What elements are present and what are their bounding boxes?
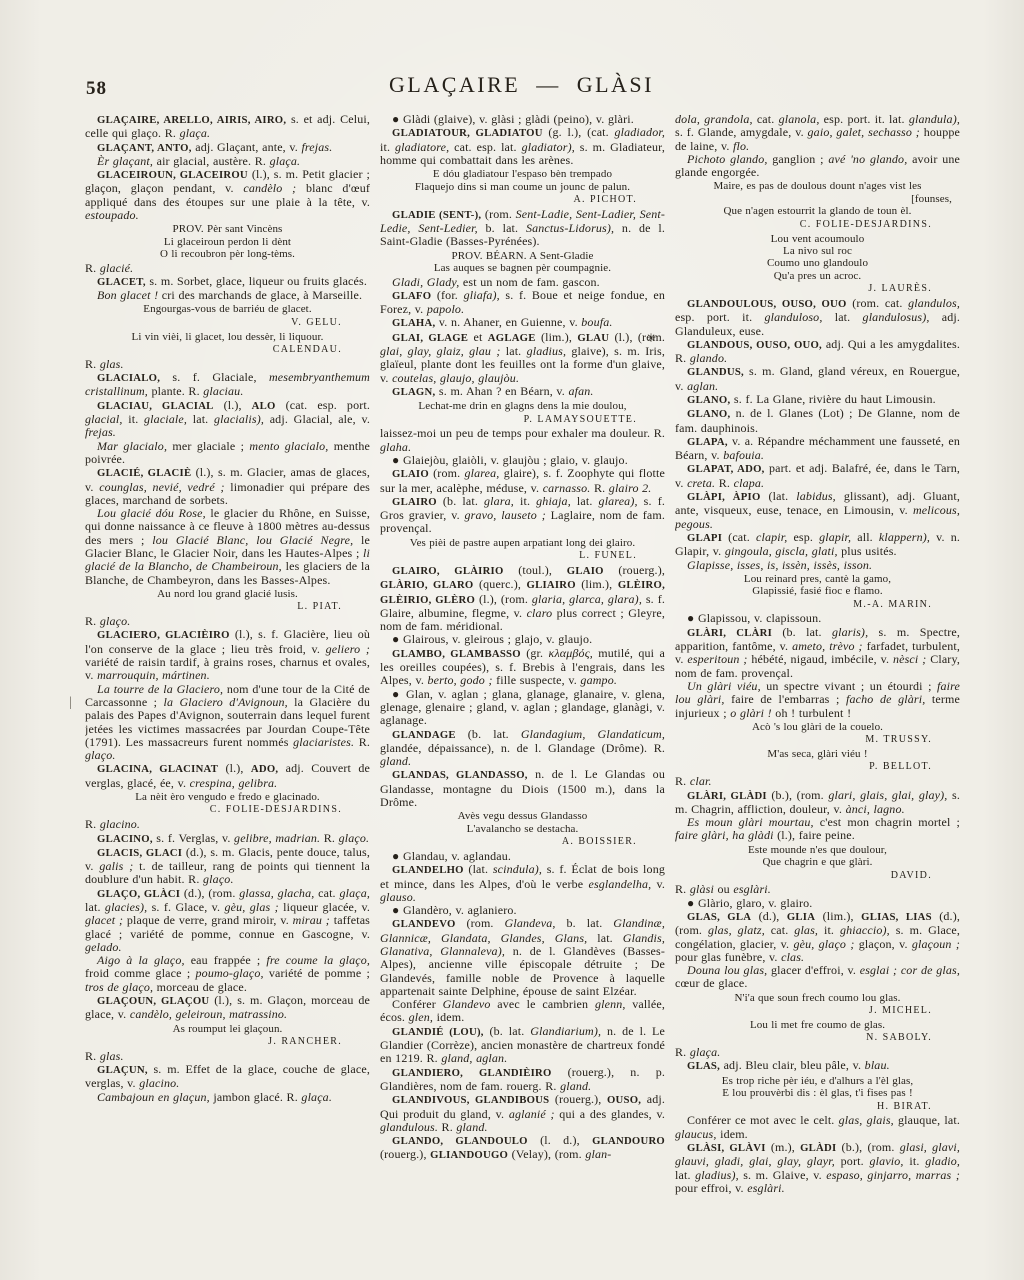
text-run: glandulous. <box>380 1120 438 1134</box>
text-run: pour glas funèbre, v. <box>675 950 781 964</box>
text-run: (g. l.), (cat. <box>543 125 615 139</box>
text-run: gelado. <box>85 940 122 954</box>
text-run: lat. <box>675 1168 695 1182</box>
text-run: qui a des glandes, v. <box>555 1107 665 1121</box>
verse-line: M'as seca, glàri viéu ! <box>675 748 960 760</box>
headword: GLAGN, <box>392 386 435 398</box>
headword: GLAI, GLAGE <box>392 332 468 344</box>
text-run: it. <box>904 1154 926 1168</box>
text-run: gampo. <box>580 673 617 687</box>
entry-paragraph: GLACIERO, GLACIÈIRO (l.), s. f. Glacière… <box>85 628 370 682</box>
headword: GLÀPI, ÀPIO <box>687 491 761 503</box>
headword: GLAMBO, GLAMBASSO <box>392 648 521 660</box>
text-run: clapa. <box>734 476 765 490</box>
verse-line: N'i'a que soun frech coumo lou glas. <box>675 992 960 1004</box>
text-run: ● Glan, v. aglan ; glana, glanage, glana… <box>380 687 665 728</box>
verse-line: Qu'a pres un acroc. <box>675 270 960 282</box>
verse-quote: E dóu gladiatour l'espaso bèn trempadoFl… <box>380 168 665 193</box>
text-run: glaça. <box>301 1090 332 1104</box>
text-run: lat. <box>571 494 599 508</box>
verse-line: L'avalancho se destacha. <box>380 823 665 835</box>
verse-line: O li recoubron pèr long-tèms. <box>85 248 370 260</box>
text-run: (rom. <box>481 207 515 221</box>
text-run: cat. <box>314 886 339 900</box>
text-run: v. n. Ahaner, en Guienne, v. <box>435 315 581 329</box>
text-run: (rouerg.), <box>380 1147 430 1161</box>
text-run: cri des marchands de glace, à Marseille. <box>158 288 362 302</box>
text-run: glacino. <box>100 817 140 831</box>
entry-paragraph: Mar glacialo, mer glaciale ; mento glaci… <box>85 440 370 467</box>
text-run: gladiatore, <box>395 140 449 154</box>
text-run: esglàri. <box>747 1181 785 1195</box>
text-run: glas, glais, <box>839 1113 894 1127</box>
entry-paragraph: GLANDEVO (rom. Glandeva, b. lat. Glandin… <box>380 917 665 998</box>
text-run: glara, <box>484 494 514 508</box>
entry-paragraph: GLAPA, v. a. Répandre méchamment une fau… <box>675 435 960 463</box>
text-run: s. m. Sorbet, glace, liqueur ou fruits g… <box>146 274 367 288</box>
text-run: gelibre, madrian. <box>234 831 320 845</box>
text-run: marrouquin, mártinen. <box>97 668 210 682</box>
headword: GLACIS, GLACI <box>97 847 182 859</box>
text-run: ameto, trèvo ; <box>792 639 863 653</box>
headword: GLAÇOUN, GLAÇOU <box>97 995 209 1007</box>
headword: GLANDIVOUS, GLANDIBOUS <box>392 1094 549 1106</box>
text-run: counglas, nevié, vedré ; <box>99 480 224 494</box>
text-run: glandulos, <box>908 296 960 310</box>
verse-quote: Acò 's lou glàri de la couelo. <box>675 721 960 733</box>
text-run: ● Glàdi (glaive), v. glàsi ; glàdi (pein… <box>392 113 634 126</box>
entry-paragraph: GLANDUS, s. m. Gland, gland véreux, en R… <box>675 365 960 393</box>
headword: GLAFO <box>392 290 431 302</box>
headword: GLIA <box>787 911 815 923</box>
text-run: (b. lat. <box>437 494 484 508</box>
headword: GLANDAGE <box>392 729 456 741</box>
verse-line: Acò 's lou glàri de la couelo. <box>675 721 960 733</box>
entry-paragraph: GLANDOUS, OUSO, OUO, adj. Qui a les amyg… <box>675 338 960 366</box>
text-run: glàsi <box>690 882 714 896</box>
verse-line: Maire, es pas de doulous dount n'ages vi… <box>675 180 960 192</box>
text-run: aglan. <box>687 379 718 393</box>
headword: GLAHA, <box>392 317 435 329</box>
verse-quote: As roumput lei glaçoun. <box>85 1023 370 1035</box>
headword: OUSO, <box>607 1094 641 1106</box>
margin-stray-mark: | <box>69 695 72 711</box>
text-run: eau frappée ; <box>185 953 267 967</box>
text-run: (lat. <box>761 489 797 503</box>
entry-paragraph: GLAS, GLA (d.), GLIA (lim.), GLIAS, LIAS… <box>675 910 960 964</box>
headword: GLANDIÉ (LOU), <box>392 1026 484 1038</box>
text-run: b. lat. <box>556 916 614 930</box>
text-run: R. <box>320 831 338 845</box>
text-run: lat. <box>85 900 105 914</box>
text-run: glauque, lat. <box>894 1113 960 1127</box>
text-run: glauso. <box>380 890 416 904</box>
text-run: glaçoun ; <box>912 937 960 951</box>
attribution: V. GELU. <box>85 317 370 329</box>
continuation-paragraph: R. glas. <box>85 358 370 371</box>
verse-line: Au nord lou grand glacié lusis. <box>85 588 370 600</box>
verse-line: Avès vegu dessus Glandasso <box>380 810 665 822</box>
headword: GLAÇO, GLÀCI <box>97 888 180 900</box>
entry-paragraph: Pichoto glando, ganglion ; avé 'no gland… <box>675 153 960 180</box>
entry-paragraph: GLADIE (SENT-), (rom. Sent-Ladie, Sent-L… <box>380 208 665 249</box>
entry-paragraph: Aigo à la glaço, eau frappée ; fre coume… <box>85 954 370 994</box>
entry-paragraph: ● Glandau, v. aglandau. <box>380 850 665 863</box>
text-run: ganglion ; <box>768 152 829 166</box>
headword: GLADIATOUR, GLADIATOU <box>392 127 543 139</box>
verse-quote: N'i'a que soun frech coumo lou glas. <box>675 992 960 1004</box>
text-run: esglandelha, <box>588 877 651 891</box>
verse-line: Flaquejo dins si man coume un jounc de p… <box>380 181 665 193</box>
entry-paragraph: GLAÇO, GLÀCI (d.), (rom. glassa, glacha,… <box>85 887 370 954</box>
entry-paragraph: ● Glàrio, glaro, v. glairo. <box>675 897 960 910</box>
text-run: glacial, <box>85 412 123 426</box>
text-run: s. f. Glande, amygdale, v. <box>675 125 808 139</box>
text-run: Conférer <box>392 997 443 1011</box>
text-run: (lim.), <box>815 909 861 923</box>
text-run: b. lat. <box>478 221 526 235</box>
attribution: A. BOISSIER. <box>380 836 665 848</box>
headword: GLÀSI, GLÀVI <box>687 1142 766 1154</box>
text-run: (rom. cat. <box>847 296 909 310</box>
text-run: glas, <box>794 923 818 937</box>
text-run: gland. <box>456 1120 487 1134</box>
headword: GLANDAS, GLANDASSO, <box>392 769 528 781</box>
verse-quote: Li vin vièi, li glacet, lou dessèr, li l… <box>85 331 370 343</box>
entry-paragraph: GLÀRI, GLÀDI (b.), (rom. glari, glais, g… <box>675 789 960 817</box>
text-run: scindula), <box>493 862 542 876</box>
text-run: afan. <box>568 384 593 398</box>
text-run: ● Glairous, v. gleirous ; glajo, v. glau… <box>392 632 592 646</box>
text-run: R. <box>85 1049 100 1063</box>
text-run: R. <box>715 476 733 490</box>
text-run: v. <box>651 877 665 891</box>
attribution: H. BIRAT. <box>675 1101 960 1113</box>
entry-paragraph: ● Glaiejòu, glaiòli, v. glaujòu ; glaio,… <box>380 454 665 467</box>
text-run: glanduloso, <box>764 310 822 324</box>
attribution: J. MICHEL. <box>675 1005 960 1017</box>
headword: GLACIAU, GLACIAL <box>97 400 214 412</box>
text-run: glen, <box>409 1010 433 1024</box>
verse-quote: La nèit èro vengudo e fredo e glacinado. <box>85 791 370 803</box>
text-run: ● Glapissou, v. clapissoun. <box>687 611 821 625</box>
text-run: Glapisse, isses, is, issèn, issès, isson… <box>687 558 872 572</box>
text-run: claro <box>527 606 553 620</box>
text-run: glaha. <box>380 440 411 454</box>
entry-paragraph: Lou glacié dóu Rose, le glacier du Rhône… <box>85 507 370 587</box>
entry-paragraph: Conférer Glandevo avec le cambrien glenn… <box>380 998 665 1025</box>
text-run: glaça. <box>270 154 301 168</box>
verse-quote: Au nord lou grand glacié lusis. <box>85 588 370 600</box>
verse-line: Ves pièi de pastre aupen arpatiant long … <box>380 537 665 549</box>
verse-line: [founses, <box>675 193 960 205</box>
verse-quote: Engourgas-vous de barriéu de glacet. <box>85 303 370 315</box>
text-run: plante. R. <box>148 384 203 398</box>
headword: GLANDOULOUS, OUSO, OUO <box>687 298 847 310</box>
text-run: faire de l'embarras ; <box>725 692 846 706</box>
text-run: idem. <box>717 1127 748 1141</box>
entry-paragraph: GLÀSI, GLÀVI (m.), GLÀDI (b.), (rom. gla… <box>675 1141 960 1195</box>
text-run: glandée, dépaissance), n. de l. Glandage… <box>380 741 665 755</box>
headword: GLÀRIO, GLARO <box>380 579 474 591</box>
text-run: cœur de glace. <box>675 976 748 990</box>
entry-paragraph: Glapisse, isses, is, issèn, issès, isson… <box>675 559 960 572</box>
continuation-paragraph: R. clar. <box>675 775 960 788</box>
scanned-dictionary-page: 58 GLAÇAIRE — GLÀSI ✳ | GLAÇAIRE, ARELLO… <box>0 0 1024 1280</box>
attribution: C. FOLIE-DESJARDINS. <box>85 804 370 816</box>
text-run: (d.), <box>751 909 787 923</box>
text-run: glarea, <box>465 466 500 480</box>
entry-paragraph: GLAGN, s. m. Ahan ? en Béarn, v. afan. <box>380 385 665 399</box>
headword: GLAIRO, GLÀIRIO <box>392 565 504 577</box>
text-run: glan- <box>585 1147 611 1161</box>
continuation-paragraph: laissez-moi un peu de temps pour exhaler… <box>380 427 665 454</box>
continuation-paragraph: dola, grandola, cat. glanola, esp. port.… <box>675 113 960 153</box>
text-run: s. f. Glace, v. <box>147 900 224 914</box>
headword: GLIAS, LIAS <box>861 911 932 923</box>
text-run: (b.), (rom. <box>836 1140 899 1154</box>
entry-paragraph: ● Glàdi (glaive), v. glàsi ; glàdi (pein… <box>380 113 665 126</box>
text-run: esglai ; <box>860 963 897 977</box>
attribution: P. LAMAYSOUETTE. <box>380 414 665 426</box>
text-run: o glàri ! <box>730 706 771 720</box>
text-run: jambon glacé. R. <box>210 1090 302 1104</box>
entry-paragraph: GLANDOULOUS, OUSO, OUO (rom. cat. glandu… <box>675 297 960 338</box>
text-run: s. f. Verglas, v. <box>153 831 234 845</box>
entry-paragraph: GLAIRO (b. lat. glara, it. ghiaja, lat. … <box>380 495 665 536</box>
text-run: labidus, <box>796 489 836 503</box>
verse-line: As roumput lei glaçoun. <box>85 1023 370 1035</box>
text-run: Douna lou glas, <box>687 963 767 977</box>
text-run: c'est mon chagrin mortel ; <box>814 815 960 829</box>
text-run: (l.), <box>214 398 252 412</box>
text-run: Mar glacialo, <box>97 439 167 453</box>
text-run: avec le cambrien <box>490 997 594 1011</box>
text-run: candèlo ; <box>243 181 296 195</box>
text-run: gèu, glas ; <box>225 900 279 914</box>
text-run: port. <box>835 1154 870 1168</box>
headword: GLANDIERO, GLANDIÈIRO <box>392 1067 552 1079</box>
text-run: bafouia. <box>723 448 764 462</box>
text-run: R. <box>354 735 370 749</box>
text-run: R. <box>85 817 100 831</box>
text-run: gravo, lauseto ; <box>465 508 546 522</box>
text-run: ● Glaiejòu, glaiòli, v. glaujòu ; glaio,… <box>392 453 628 467</box>
text-run: glacies), <box>105 900 147 914</box>
text-run: gladio, <box>925 1154 960 1168</box>
verse-quote: Lechat-me drin en glagns dens la mie dou… <box>380 400 665 412</box>
verse-line: La nivo sul roc <box>675 245 960 257</box>
text-run: Glandiarium), <box>530 1024 601 1038</box>
verse-line: PROV. BÉARN. A Sent-Gladie <box>380 250 665 262</box>
text-run: crespina, gelibra. <box>190 776 278 790</box>
entry-paragraph: GLAÇAIRE, ARELLO, AIRIS, AIRO, s. et adj… <box>85 113 370 141</box>
text-run: Aigo à la glaço, <box>97 953 185 967</box>
text-run: papolo. <box>427 302 464 316</box>
entry-paragraph: Gladi, Glady, est un nom de fam. gascon. <box>380 276 665 289</box>
text-run: glaciau. <box>203 384 243 398</box>
verse-line: Es trop riche pèr iéu, e d'alhurs a l'èl… <box>675 1075 960 1087</box>
headword: GLACEIROUN, GLACEIROU <box>97 169 248 181</box>
text-run: (querc.), <box>474 577 527 591</box>
entry-paragraph: ● Glairous, v. gleirous ; glajo, v. glau… <box>380 633 665 646</box>
text-run: R. <box>590 481 608 495</box>
text-run: ghiaja, <box>536 494 571 508</box>
text-run: air glacial, austère. R. <box>153 154 270 168</box>
text-run: (cat. esp. port. <box>276 398 370 412</box>
text-run: facho de glàri, <box>846 692 925 706</box>
text-run: (l.), faire peine. <box>774 828 855 842</box>
headword: GLÀDI <box>800 1142 836 1154</box>
entry-paragraph: GLANDO, GLANDOULO (l. d.), GLANDOURO (ro… <box>380 1134 665 1163</box>
attribution: J. RANCHER. <box>85 1036 370 1048</box>
text-run: blau. <box>865 1058 890 1072</box>
text-run: (l.), <box>218 761 251 775</box>
text-run: Un glàri viéu, <box>687 679 761 693</box>
text-run: it. <box>514 494 536 508</box>
text-run: ● Glandau, v. aglandau. <box>392 849 511 863</box>
headword: GLACIÉ, GLACIÈ <box>97 467 191 479</box>
continuation-paragraph: R. glaço. <box>85 615 370 628</box>
column-right: dola, grandola, cat. glanola, esp. port.… <box>675 113 960 1263</box>
entry-paragraph: GLÀPI, ÀPIO (lat. labidus, glissant), ad… <box>675 490 960 531</box>
text-run: glavio, <box>870 1154 904 1168</box>
text-run: geliero ; <box>326 642 370 656</box>
attribution: C. FOLIE-DESJARDINS. <box>675 219 960 231</box>
text-run: aglanié ; <box>509 1107 555 1121</box>
text-run: tros de glaço, <box>85 980 153 994</box>
entry-paragraph: Un glàri viéu, un spectre vivant ; un ét… <box>675 680 960 720</box>
text-run: mer glaciale ; <box>167 439 249 453</box>
verse-quote: Maire, es pas de doulous dount n'ages vi… <box>675 180 960 217</box>
verse-line: Lechat-me drin en glagns dens la mie dou… <box>380 400 665 412</box>
verse-quote: Lou vent acoumouloLa nivo sul rocCoumo u… <box>675 233 960 283</box>
verse-line: Este mounde n'es que doulour, <box>675 844 960 856</box>
entry-paragraph: Es moun glàri mourtau, c'est mon chagrin… <box>675 816 960 843</box>
entry-paragraph: GLANDAS, GLANDASSO, n. de l. Le Glandas … <box>380 768 665 809</box>
text-run: (cat. <box>722 530 756 544</box>
text-run: glenn, <box>595 997 626 1011</box>
text-run: morceau de glace. <box>153 980 247 994</box>
column-center: ● Glàdi (glaive), v. glàsi ; glàdi (pein… <box>380 113 665 1263</box>
headword: GLANO, <box>687 408 730 420</box>
entry-paragraph: La tourre de la Glaciero, nom d'une tour… <box>85 683 370 763</box>
text-run: ghiaccio), <box>840 923 890 937</box>
text-run: mento glacialo, <box>249 439 328 453</box>
text-run: un spectre vivant ; un étourdi ; <box>761 679 937 693</box>
continuation-paragraph: R. glacié. <box>85 262 370 275</box>
text-run: R. <box>675 774 690 788</box>
text-run: dola, grandola, <box>675 113 753 126</box>
text-run: adj. Bleu clair, bleu pâle, v. <box>720 1058 865 1072</box>
attribution: N. SABOLY. <box>675 1032 960 1044</box>
headword: ALO <box>252 400 276 412</box>
verse-line: Coumo uno glandoulo <box>675 257 960 269</box>
continuation-paragraph: R. glaça. <box>675 1046 960 1059</box>
text-columns: GLAÇAIRE, ARELLO, AIRIS, AIRO, s. et adj… <box>85 113 960 1263</box>
verse-quote: Ves pièi de pastre aupen arpatiant long … <box>380 537 665 549</box>
entry-paragraph: ● Glandèro, v. aglaniero. <box>380 904 665 917</box>
text-run: glaço. <box>339 831 370 845</box>
entry-paragraph: GLÀRI, CLÀRI (b. lat. glaris), s. m. Spe… <box>675 626 960 680</box>
text-run: Èr glaçant, <box>97 154 153 168</box>
text-run: La tourre de la Glaciero, <box>97 682 223 696</box>
text-run: (rom. <box>429 466 465 480</box>
entry-paragraph: Douna lou glas, glacer d'effroi, v. esgl… <box>675 964 960 991</box>
text-run: glas. <box>100 1049 124 1063</box>
text-run: estoupado. <box>85 208 139 222</box>
text-run: (b. lat. <box>772 625 832 639</box>
text-run: gland. <box>380 754 411 768</box>
text-run: s. m. Glaive, v. <box>739 1168 826 1182</box>
text-run: (lim.), <box>536 330 578 344</box>
headword: GLACIALO, <box>97 372 160 384</box>
text-run: mirau ; <box>293 913 330 927</box>
continuation-paragraph: R. glàsi ou esglàri. <box>675 883 960 896</box>
text-run: glacié. <box>100 261 133 275</box>
attribution: A. PICHOT. <box>380 194 665 206</box>
verse-line: Li glaceiroun perdon li dènt <box>85 236 370 248</box>
text-run: all. <box>851 530 879 544</box>
text-run: esp. port. it. lat. <box>819 113 908 126</box>
text-run: s. f. La Glane, rivière du haut Limousin… <box>730 392 935 406</box>
text-run: lou Glacié Blanc, lou Glacié Negre, <box>152 533 353 547</box>
verse-quote: Este mounde n'es que doulour,Que chagrin… <box>675 844 960 869</box>
entry-paragraph: GLAI, GLAGE et AGLAGE (lim.), GLAU (l.),… <box>380 331 665 385</box>
entry-paragraph: GLAPI (cat. clapir, esp. glapir, all. kl… <box>675 531 960 559</box>
text-run: glacino. <box>139 1076 179 1090</box>
headword: GLAS, <box>687 1060 720 1072</box>
text-run: fre coume la glaço, <box>266 953 370 967</box>
text-run: creta. <box>687 476 715 490</box>
entry-paragraph: GLACIAU, GLACIAL (l.), ALO (cat. esp. po… <box>85 399 370 440</box>
text-run: R. <box>85 614 100 628</box>
headword: GLAU <box>577 332 609 344</box>
text-run: glaço. <box>100 614 131 628</box>
text-run: lat. <box>187 412 214 426</box>
text-run: pour effroi, v. <box>675 1181 747 1195</box>
text-run: (rouerg.), <box>549 1092 607 1106</box>
text-run: clar. <box>690 774 712 788</box>
headword: GLAÇAIRE, ARELLO, AIRIS, AIRO, <box>97 114 286 126</box>
headword: GLAPA, <box>687 436 728 448</box>
text-run: cat. <box>765 923 794 937</box>
text-run: glaris), <box>832 625 868 639</box>
entry-paragraph: GLANO, n. de l. Glanes (Lot) ; De Glanne… <box>675 407 960 435</box>
attribution: J. LAURÈS. <box>675 283 960 295</box>
text-run: oh ! turbulent ! <box>772 706 851 720</box>
verse-quote: PROV. BÉARN. A Sent-GladieLas auques se … <box>380 250 665 275</box>
text-run: liqueur glacée, v. <box>279 900 370 914</box>
headword: GLÀRI, CLÀRI <box>687 627 772 639</box>
text-run: ànci, lagno. <box>846 802 905 816</box>
entry-paragraph: GLANDAGE (b. lat. Glandagium, Glandaticu… <box>380 728 665 769</box>
verse-quote: M'as seca, glàri viéu ! <box>675 748 960 760</box>
text-run: plus usités. <box>838 544 897 558</box>
text-run: glaço. <box>203 872 234 886</box>
entry-paragraph: GLACINO, s. f. Verglas, v. gelibre, madr… <box>85 832 370 846</box>
verse-quote: PROV. Pèr sant VincènsLi glaceiroun perd… <box>85 223 370 260</box>
entry-paragraph: GLAPAT, ADO, part. et adj. Balafré, ée, … <box>675 462 960 490</box>
verse-quote: Avès vegu dessus GlandassoL'avalancho se… <box>380 810 665 835</box>
attribution: L. PIAT. <box>85 601 370 613</box>
text-run: glai, glay, glaiz, glau ; <box>380 344 500 358</box>
text-run: esp. <box>787 530 819 544</box>
entry-paragraph: GLACIÉ, GLACIÈ (l.), s. m. Glacier, amas… <box>85 466 370 507</box>
text-run: poumo-glaço, <box>196 966 264 980</box>
text-run: ou <box>714 882 733 896</box>
headword: GLANDEVO <box>392 918 456 930</box>
